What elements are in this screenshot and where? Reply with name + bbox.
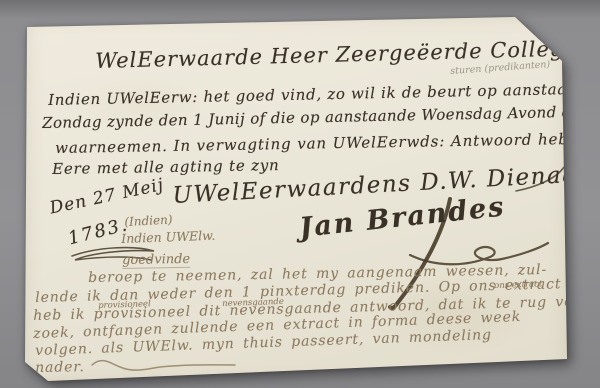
draft-insert-1: (Indien): [124, 212, 173, 229]
body-line-4: Eere met alle agting te zyn: [52, 156, 280, 178]
paper: WelEerwaarde Heer Zeergeëerde Collega st…: [22, 13, 570, 385]
draft-insert-2: Indien UWElw.: [121, 228, 216, 246]
date-day: Den 27 Meij: [48, 175, 166, 219]
signature-underline-flourish: [410, 243, 548, 264]
body-line-3: waarneemen. In verwagting van UWelEerwds…: [55, 129, 600, 157]
paper-shadow: WelEerwaarde Heer Zeergeëerde Collega st…: [22, 13, 570, 385]
draft-insert-3: goedvinde: [122, 252, 190, 269]
draft-line-6: nader.: [35, 359, 85, 376]
vale-squiggle-flourish: [92, 361, 235, 371]
